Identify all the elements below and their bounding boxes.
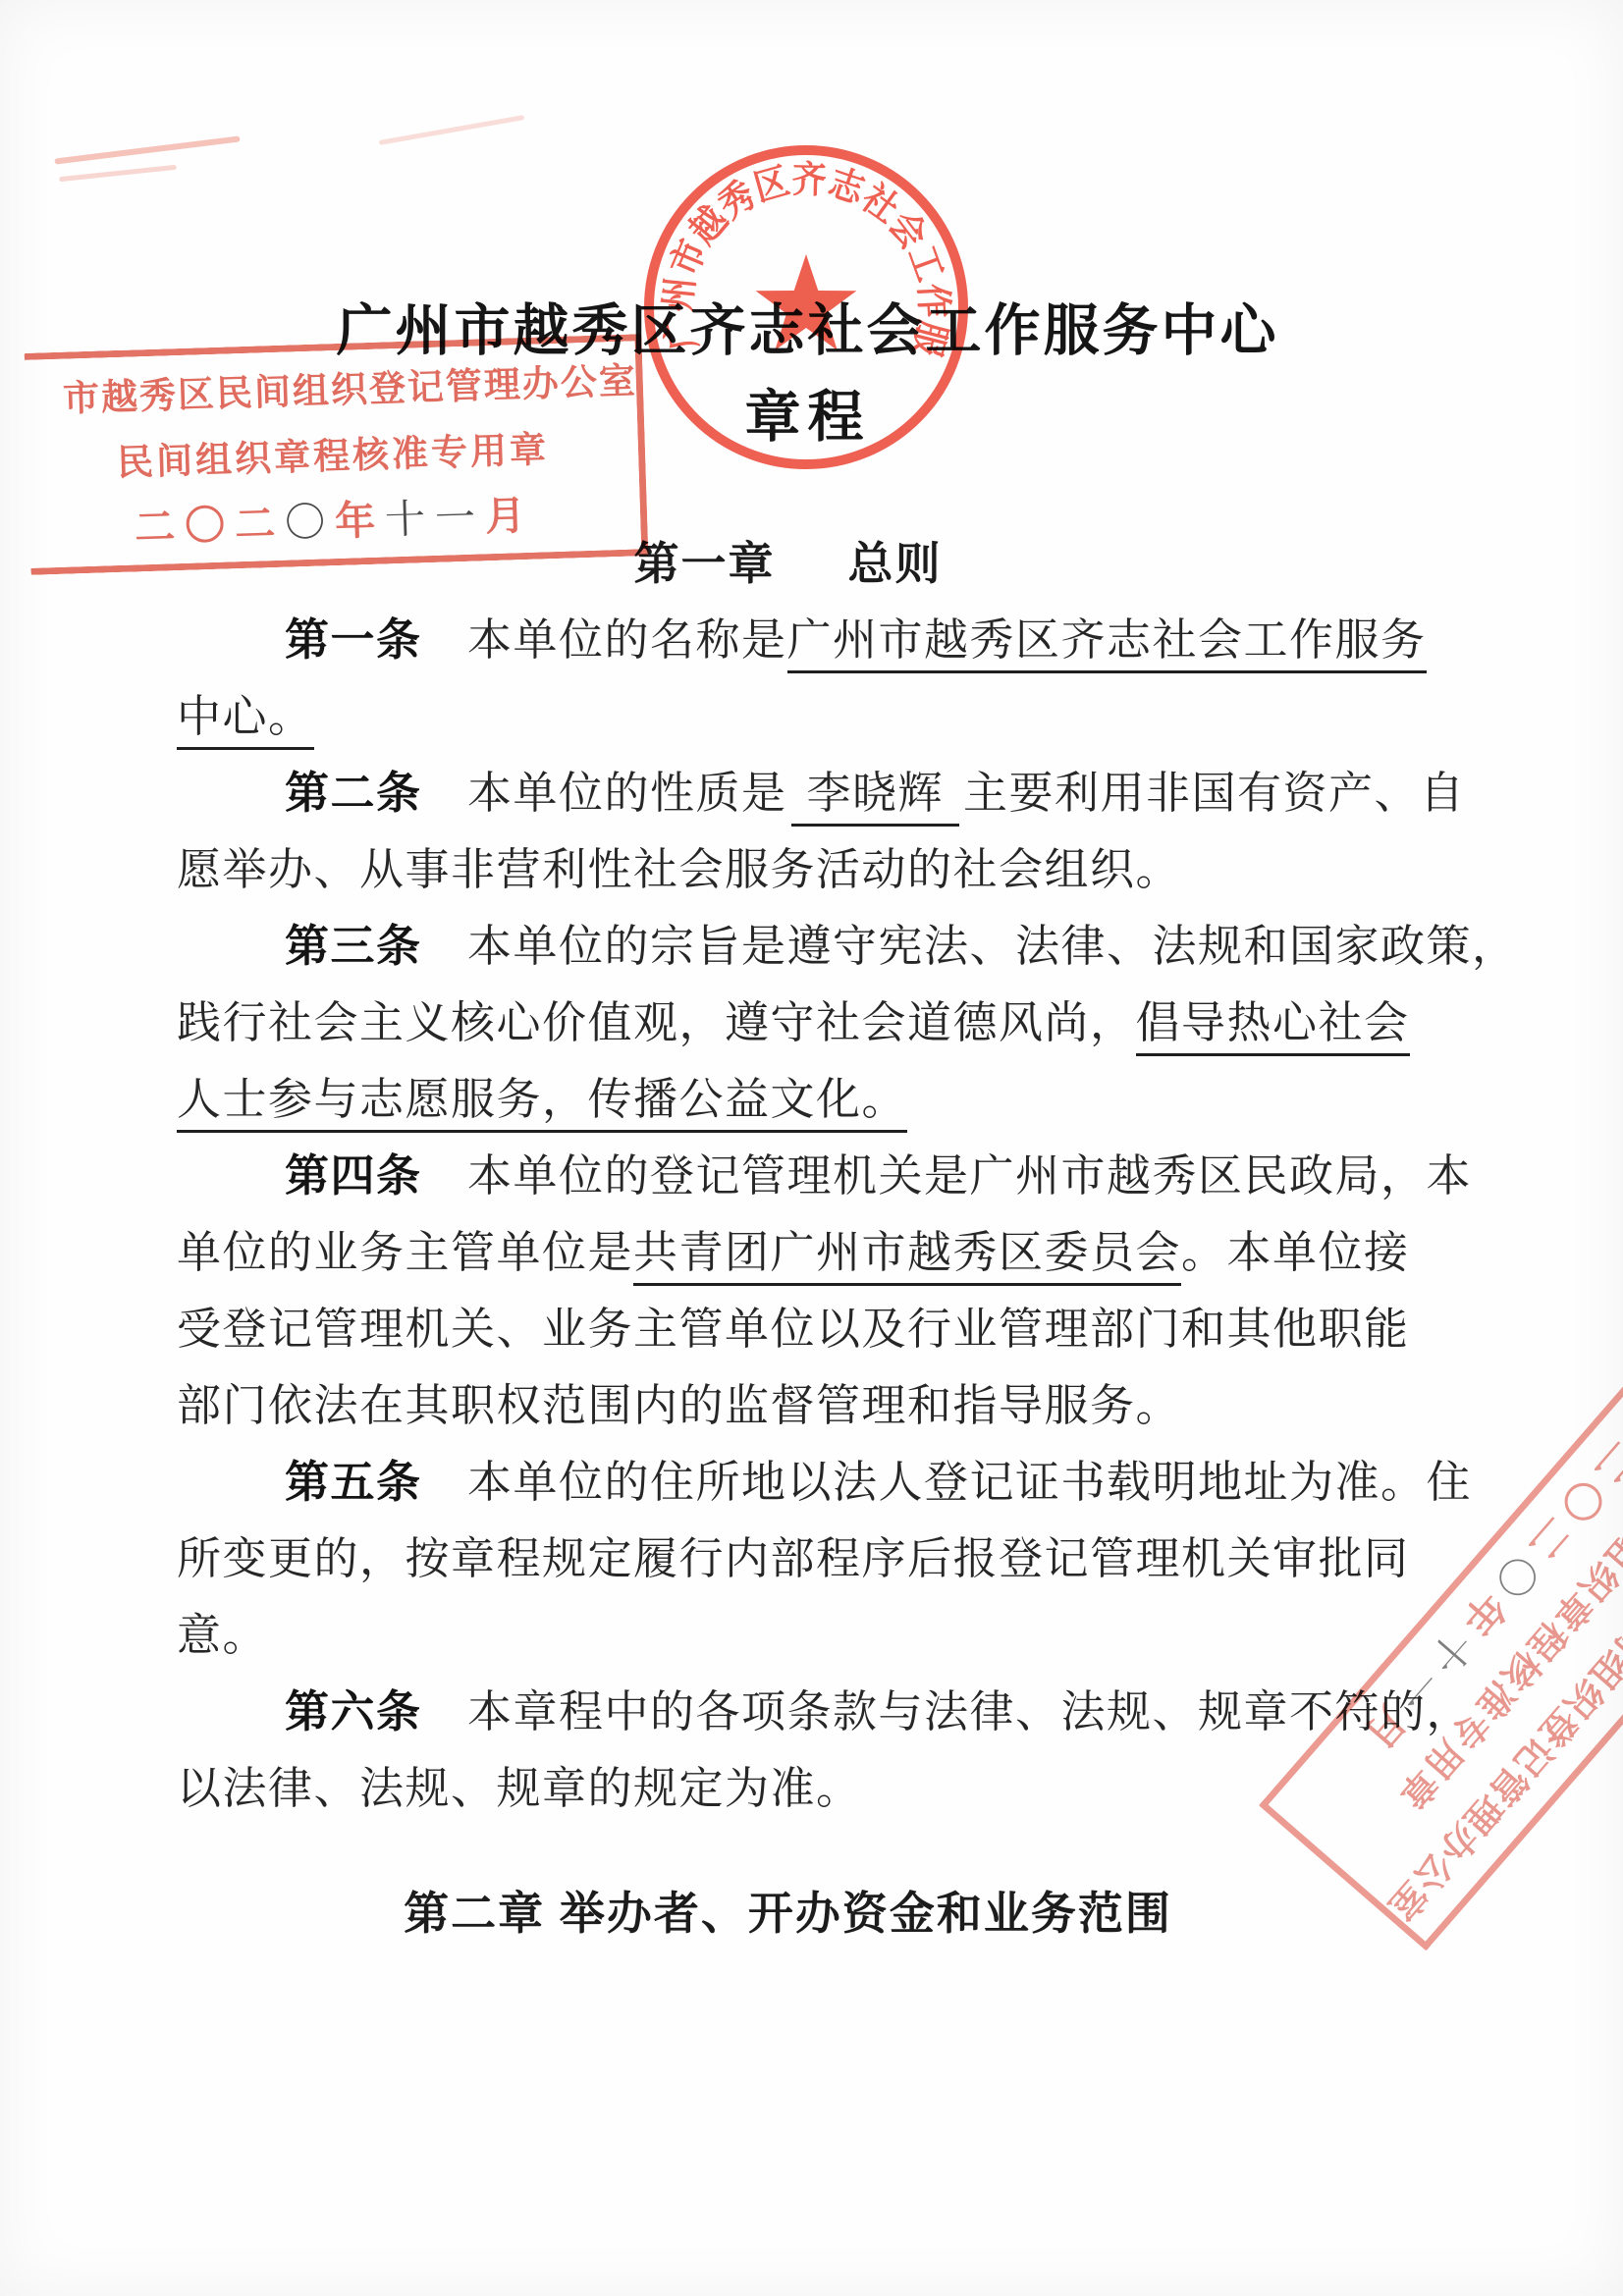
document-lines: 第一条 本单位的名称是广州市越秀区齐志社会工作服务中心。第二条 本单位的性质是李… <box>177 602 1399 1827</box>
stamp-date-part: 二 <box>135 504 186 551</box>
document-line: 单位的业务主管单位是共青团广州市越秀区委员会。本单位接 <box>177 1214 1399 1291</box>
text-segment: 第五条 <box>285 1457 422 1507</box>
document-line: 第五条 本单位的住所地以法人登记证书载明地址为准。住 <box>177 1444 1399 1521</box>
text-segment: 第三条 <box>285 921 422 971</box>
stamp-date-part: 年 <box>334 497 385 544</box>
document-line: 第二条 本单位的性质是李晓辉主要利用非国有资产、自 <box>177 755 1399 831</box>
chapter1-number: 第一章 <box>634 538 776 589</box>
chapter1-title: 总则 <box>848 538 943 589</box>
stamp-date-part: 月 <box>484 493 535 540</box>
text-segment: 愿举办、从事非营利性社会服务活动的社会组织。 <box>177 845 1181 894</box>
document-line: 受登记管理机关、业务主管单位以及行业管理部门和其他职能 <box>177 1291 1399 1367</box>
text-segment: 本单位的登记管理机关是广州市越秀区民政局，本 <box>422 1151 1473 1201</box>
document-line: 中心。 <box>177 678 1399 755</box>
text-segment: 广州市越秀区齐志社会工作服务 <box>787 615 1427 673</box>
text-segment: 本单位的性质是 <box>422 769 787 818</box>
text-segment: 意。 <box>177 1611 268 1660</box>
stamp-smudge <box>379 115 525 145</box>
stamp-date-part: 〇 <box>184 502 235 549</box>
stamp-smudge <box>54 135 240 164</box>
text-segment: 第四条 <box>285 1150 422 1201</box>
scanned-document-page: 广州市越秀区齐志社会工作服务中心 章程 第一章总则 第一条 本单位的名称是广州市… <box>0 0 1623 2296</box>
text-segment: 共青团广州市越秀区委员会 <box>633 1228 1181 1286</box>
text-segment: 部门依法在其职权范围内的监督管理和指导服务。 <box>177 1381 1181 1430</box>
stamp-date-part: 二 <box>234 501 285 548</box>
text-segment: 李晓辉 <box>791 769 960 827</box>
stamp-purpose-line: 民间组织章程核准专用章 <box>27 416 638 489</box>
handwritten-date-part: 十一 <box>384 494 485 542</box>
text-segment: 受登记管理机关、业务主管单位以及行业管理部门和其他职能 <box>177 1305 1410 1354</box>
text-segment: 第六条 <box>285 1686 422 1736</box>
handwritten-date-part: 〇 <box>284 499 335 546</box>
text-segment: 中心。 <box>177 692 314 750</box>
document-body: 第一章总则 第一条 本单位的名称是广州市越秀区齐志社会工作服务中心。第二条 本单… <box>177 525 1399 1951</box>
text-segment: 所变更的，按章程规定履行内部程序后报登记管理机关审批同 <box>177 1534 1410 1583</box>
document-line: 愿举办、从事非营利性社会服务活动的社会组织。 <box>177 831 1399 908</box>
document-line: 部门依法在其职权范围内的监督管理和指导服务。 <box>177 1367 1399 1444</box>
text-segment: 倡导热心社会 <box>1136 998 1410 1056</box>
text-segment: 。本单位接 <box>1181 1228 1410 1277</box>
stamp-office-line: 市越秀区民间组织登记管理办公室 <box>25 350 636 423</box>
stamp-smudge <box>59 165 177 183</box>
text-segment: 本单位的名称是 <box>422 615 787 665</box>
text-segment: 本单位的住所地以法人登记证书载明地址为准。住 <box>422 1458 1473 1507</box>
star-icon <box>756 254 857 350</box>
document-line: 所变更的，按章程规定履行内部程序后报登记管理机关审批同 <box>177 1521 1399 1597</box>
document-line: 人士参与志愿服务，传播公益文化。 <box>177 1061 1399 1138</box>
document-line: 第六条 本章程中的各项条款与法律、法规、规章不符的， <box>177 1674 1399 1750</box>
text-segment: 第一条 <box>285 614 422 665</box>
text-segment: 以法律、法规、规章的规定为准。 <box>177 1764 862 1813</box>
round-official-seal: 广州市越秀区齐志社会工作服务中心 <box>634 135 978 479</box>
document-line: 第三条 本单位的宗旨是遵守宪法、法律、法规和国家政策， <box>177 908 1399 985</box>
text-segment: 践行社会主义核心价值观，遵守社会道德风尚， <box>177 998 1136 1047</box>
text-segment: 本章程中的各项条款与法律、法规、规章不符的， <box>422 1687 1473 1736</box>
document-line: 以法律、法规、规章的规定为准。 <box>177 1750 1399 1827</box>
text-segment: 本单位的宗旨是遵守宪法、法律、法规和国家政策， <box>422 922 1518 971</box>
approval-stamp: 市越秀区民间组织登记管理办公室民间组织章程核准专用章二〇二〇年十一月 <box>25 334 649 575</box>
document-line: 第一条 本单位的名称是广州市越秀区齐志社会工作服务 <box>177 602 1399 678</box>
document-line: 第四条 本单位的登记管理机关是广州市越秀区民政局，本 <box>177 1138 1399 1214</box>
stamp-date-line: 二〇二〇年十一月 <box>28 479 641 557</box>
text-segment: 单位的业务主管单位是 <box>177 1228 633 1277</box>
text-segment: 人士参与志愿服务，传播公益文化。 <box>177 1075 907 1133</box>
document-line: 践行社会主义核心价值观，遵守社会道德风尚，倡导热心社会 <box>177 985 1399 1061</box>
text-segment: 第二条 <box>285 768 422 818</box>
text-segment: 主要利用非国有资产、自 <box>963 769 1466 818</box>
document-line: 意。 <box>177 1597 1399 1674</box>
chapter2-heading: 第二章 举办者、开办资金和业务范围 <box>177 1875 1399 1951</box>
